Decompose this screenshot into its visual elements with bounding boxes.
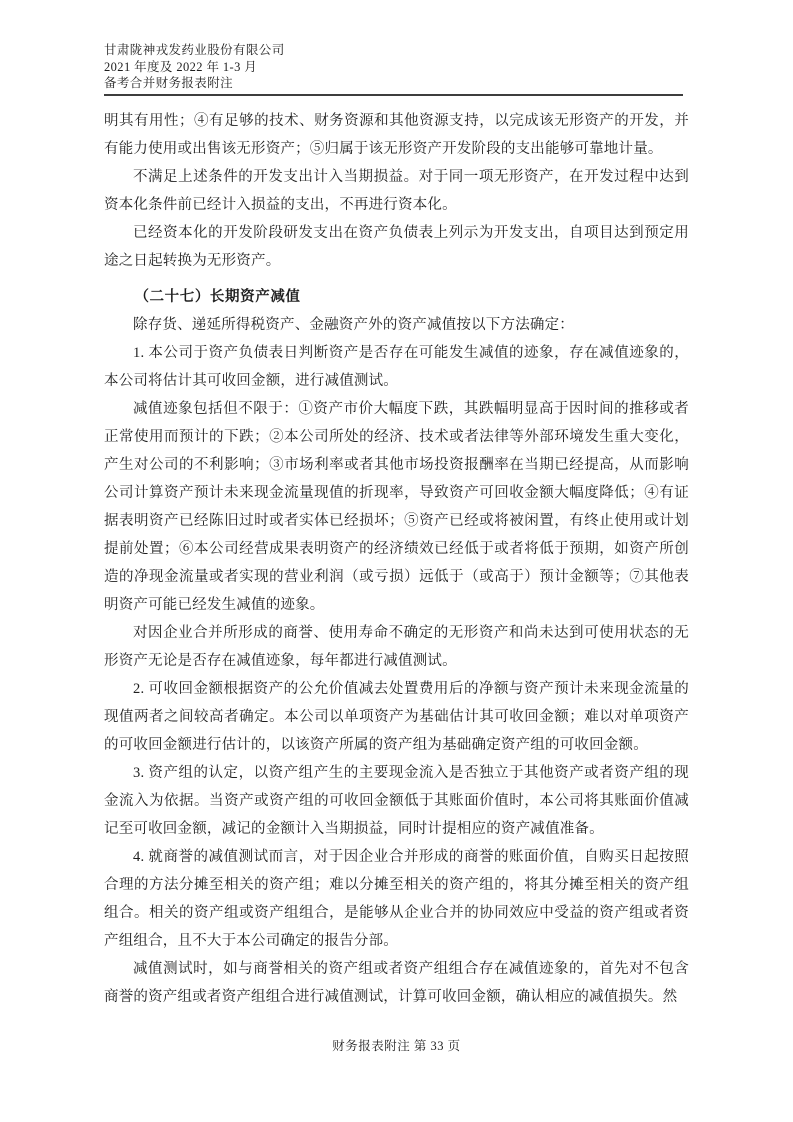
page-footer: 财务报表附注 第 33 页 [104,1036,689,1054]
paragraph-annual-goodwill-test: 对因企业合并所形成的商誉、使用寿命不确定的无形资产和尚未达到可使用状态的无形资产… [104,619,689,675]
paragraph-item-1-impairment-judgement: 1. 本公司于资产负债表日判断资产是否存在可能发生减值的迹象，存在减值迹象的，本… [104,339,689,395]
paragraph-item-4-goodwill-allocation: 4. 就商誉的减值测试而言，对于因企业合并形成的商誉的账面价值，自购买日起按照合… [104,843,689,955]
paragraph-impairment-indicators: 减值迹象包括但不限于：①资产市价大幅度下跌，其跌幅明显高于因时间的推移或者正常使… [104,395,689,619]
header-report-period: 2021 年度及 2022 年 1-3 月 [104,59,689,76]
paragraph-continued-from-previous-page: 明其有用性；④有足够的技术、财务资源和其他资源支持，以完成该无形资产的开发，并有… [104,107,689,163]
header-divider-rule [104,94,683,96]
footer-page-label: 财务报表附注 第 33 页 [332,1039,460,1053]
header-company-name: 甘肃陇神戎发药业股份有限公司 [104,42,689,59]
document-body: 明其有用性；④有足够的技术、财务资源和其他资源支持，以完成该无形资产的开发，并有… [104,107,689,1011]
page-header: 甘肃陇神戎发药业股份有限公司 2021 年度及 2022 年 1-3 月 备考合… [104,42,689,92]
paragraph-impairment-testing-procedure: 减值测试时，如与商誉相关的资产组或者资产组组合存在减值迹象的，首先对不包含商誉的… [104,955,689,1011]
header-document-title: 备考合并财务报表附注 [104,75,689,92]
section-heading-long-term-asset-impairment: （二十七）长期资产减值 [104,283,689,311]
paragraph-impairment-scope: 除存货、递延所得税资产、金融资产外的资产减值按以下方法确定： [104,311,689,339]
document-page: 甘肃陇神戎发药业股份有限公司 2021 年度及 2022 年 1-3 月 备考合… [0,0,793,1122]
paragraph-item-3-asset-group: 3. 资产组的认定，以资产组产生的主要现金流入是否独立于其他资产或者资产组的现金… [104,759,689,843]
paragraph-item-2-recoverable-amount: 2. 可收回金额根据资产的公允价值减去处置费用后的净额与资产预计未来现金流量的现… [104,675,689,759]
paragraph-capitalized-development: 已经资本化的开发阶段研发支出在资产负债表上列示为开发支出，自项目达到预定用途之日… [104,219,689,275]
paragraph-development-expenditure-loss: 不满足上述条件的开发支出计入当期损益。对于同一项无形资产，在开发过程中达到资本化… [104,163,689,219]
